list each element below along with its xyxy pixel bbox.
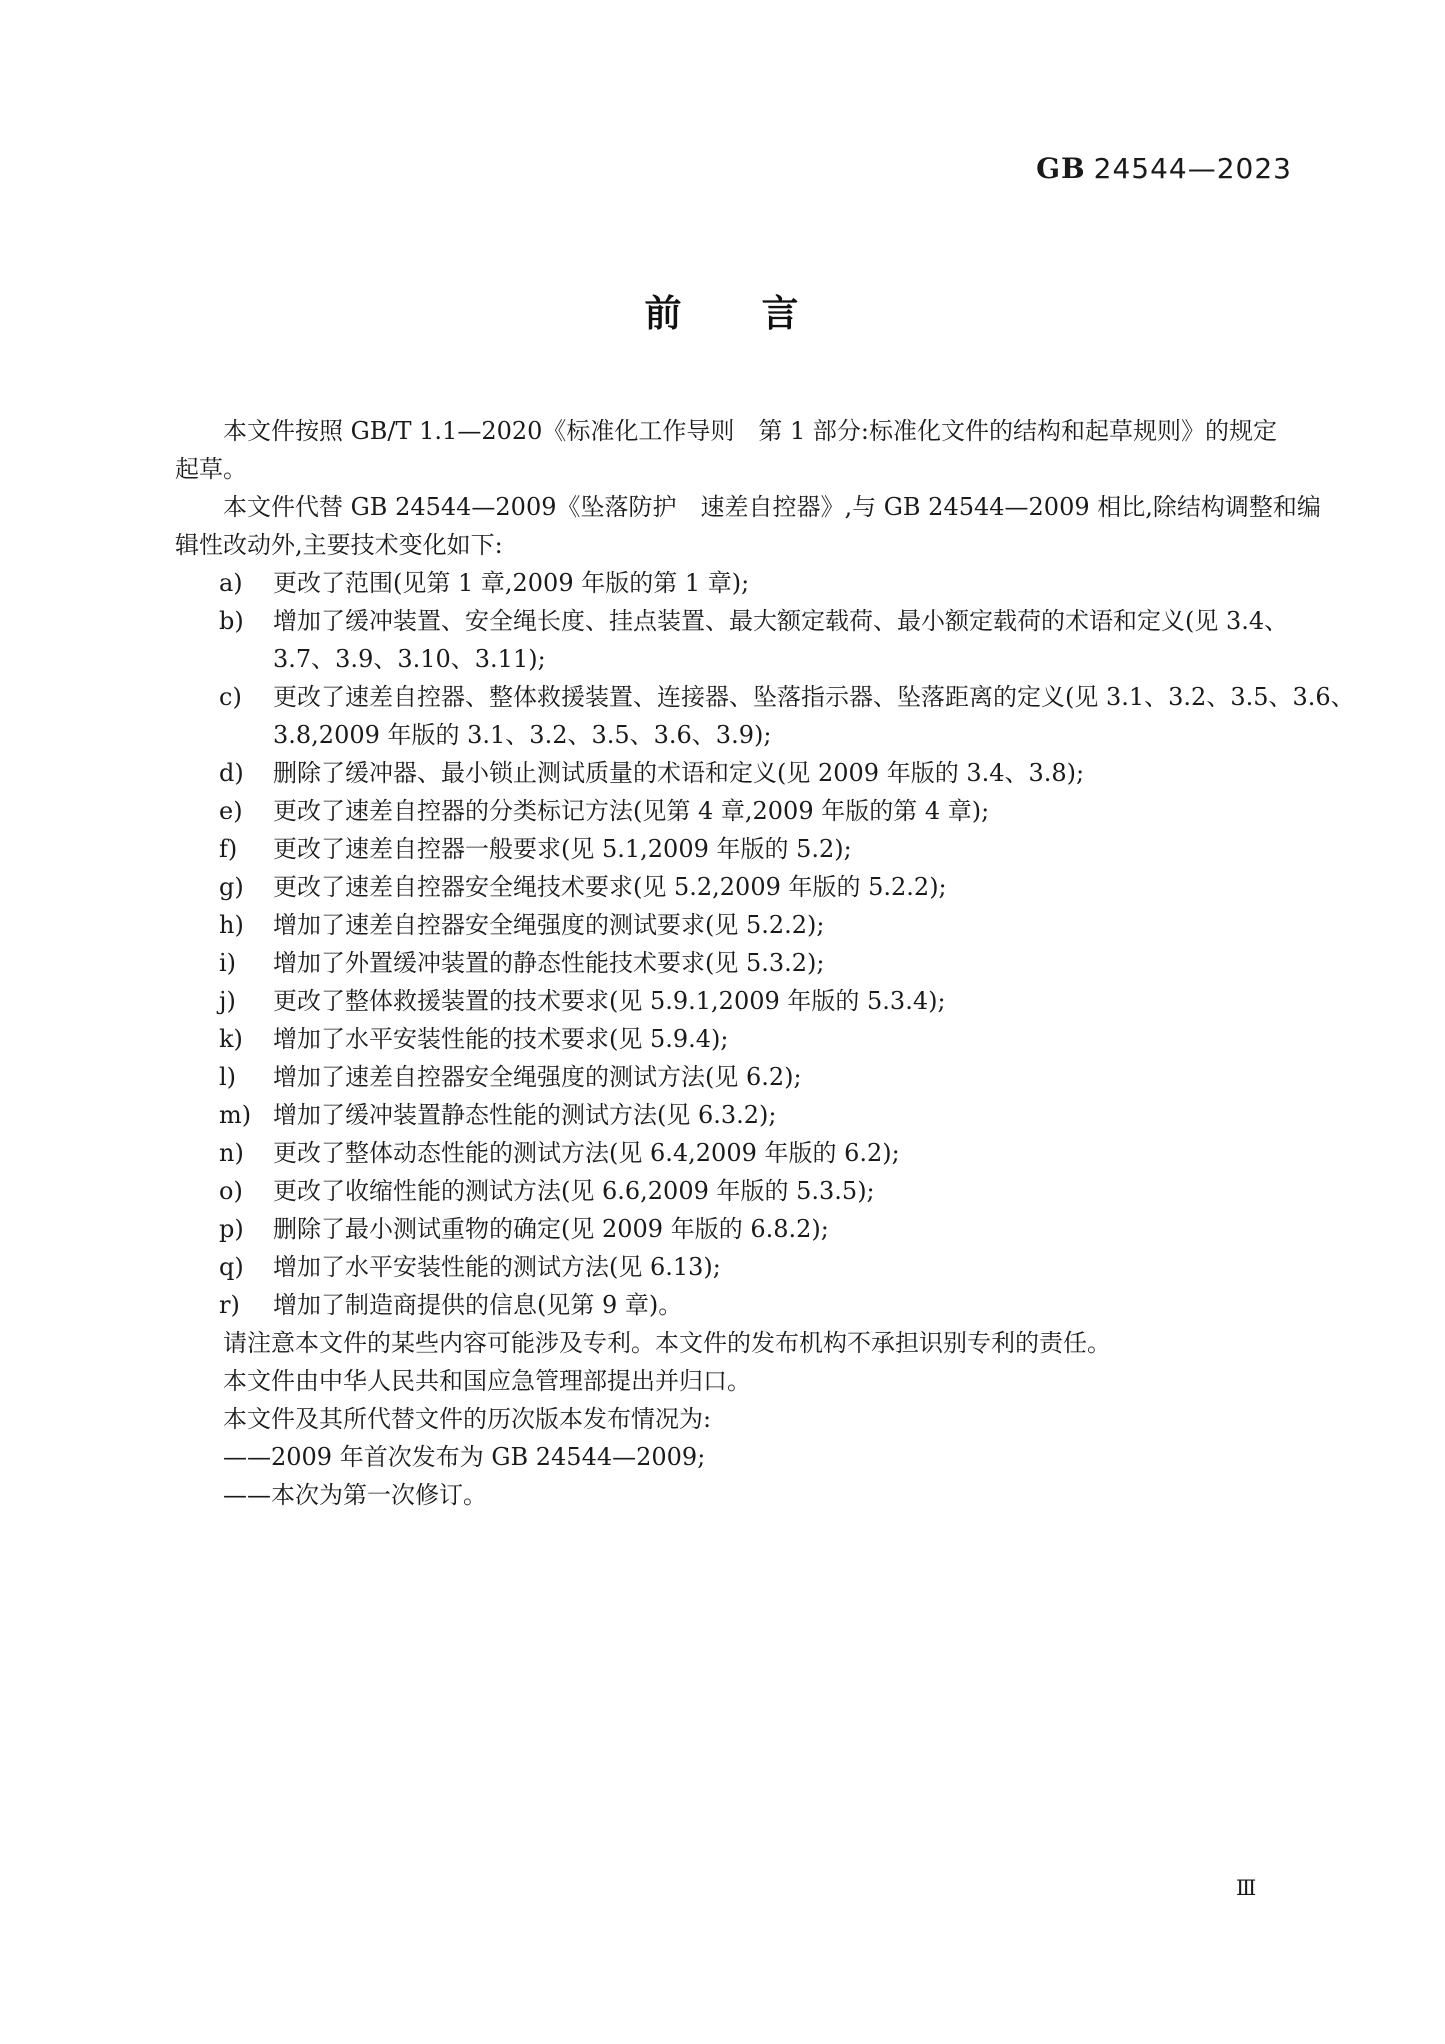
change-list-item-f: f) 更改了速差自控器一般要求(见 5.1,2009 年版的 5.2);	[219, 830, 1315, 868]
list-item-label: g)	[219, 868, 273, 906]
list-item-label: q)	[219, 1248, 273, 1286]
change-list-item-i: i) 增加了外置缓冲装置的静态性能技术要求(见 5.3.2);	[219, 944, 1315, 982]
change-list-item-a: a) 更改了范围(见第 1 章,2009 年版的第 1 章);	[219, 564, 1315, 602]
list-item-text: 更改了整体救援装置的技术要求(见 5.9.1,2009 年版的 5.3.4);	[273, 982, 946, 1020]
list-item-text: 更改了速差自控器的分类标记方法(见第 4 章,2009 年版的第 4 章);	[273, 792, 989, 830]
list-item-label: b)	[219, 602, 273, 640]
change-list-item-q: q) 增加了水平安装性能的测试方法(见 6.13);	[219, 1248, 1315, 1286]
change-list-item-g: g) 更改了速差自控器安全绳技术要求(见 5.2,2009 年版的 5.2.2)…	[219, 868, 1315, 906]
foreword-body: 本文件按照 GB/T 1.1—2020《标准化工作导则 第 1 部分:标准化文件…	[175, 412, 1315, 1514]
list-item-text: 增加了外置缓冲装置的静态性能技术要求(见 5.3.2);	[273, 944, 825, 982]
list-item-label: l)	[219, 1058, 273, 1096]
change-list-item-b: b) 增加了缓冲装置、安全绳长度、挂点装置、最大额定载荷、最小额定载荷的术语和定…	[219, 602, 1315, 678]
list-item-label: n)	[219, 1134, 273, 1172]
list-item-label: h)	[219, 906, 273, 944]
list-item-text: 更改了范围(见第 1 章,2009 年版的第 1 章);	[273, 564, 749, 602]
list-item-text: 3.8,2009 年版的 3.1、3.2、3.5、3.6、3.9);	[273, 716, 1355, 754]
change-list-item-r: r) 增加了制造商提供的信息(见第 9 章)。	[219, 1286, 1315, 1324]
list-item-label: o)	[219, 1172, 273, 1210]
history-item: ——本次为第一次修订。	[175, 1476, 1315, 1514]
paragraph-line: 本文件代替 GB 24544—2009《坠落防护 速差自控器》,与 GB 245…	[175, 488, 1315, 526]
change-list-item-n: n) 更改了整体动态性能的测试方法(见 6.4,2009 年版的 6.2);	[219, 1134, 1315, 1172]
standard-number: 24544—2023	[1094, 152, 1292, 185]
list-item-text: 更改了速差自控器一般要求(见 5.1,2009 年版的 5.2);	[273, 830, 852, 868]
list-item-text: 更改了速差自控器安全绳技术要求(见 5.2,2009 年版的 5.2.2);	[273, 868, 947, 906]
change-list-item-l: l) 增加了速差自控器安全绳强度的测试方法(见 6.2);	[219, 1058, 1315, 1096]
list-item-label: k)	[219, 1020, 273, 1058]
list-item-label: i)	[219, 944, 273, 982]
list-item-text: 增加了制造商提供的信息(见第 9 章)。	[273, 1286, 682, 1324]
list-item-text: 删除了缓冲器、最小锁止测试质量的术语和定义(见 2009 年版的 3.4、3.8…	[273, 754, 1084, 792]
list-item-label: f)	[219, 830, 273, 868]
change-list-item-e: e) 更改了速差自控器的分类标记方法(见第 4 章,2009 年版的第 4 章)…	[219, 792, 1315, 830]
paragraph-line: 辑性改动外,主要技术变化如下:	[175, 526, 1315, 564]
change-list-item-d: d) 删除了缓冲器、最小锁止测试质量的术语和定义(见 2009 年版的 3.4、…	[219, 754, 1315, 792]
version-history-intro: 本文件及其所代替文件的历次版本发布情况为:	[175, 1400, 1315, 1438]
list-item-text: 3.7、3.9、3.10、3.11);	[273, 640, 1288, 678]
list-item-label: d)	[219, 754, 273, 792]
patent-notice: 请注意本文件的某些内容可能涉及专利。本文件的发布机构不承担识别专利的责任。	[175, 1324, 1315, 1362]
issuing-body-statement: 本文件由中华人民共和国应急管理部提出并归口。	[175, 1362, 1315, 1400]
list-item-label: j)	[219, 982, 273, 1020]
list-item-label: a)	[219, 564, 273, 602]
list-item-text: 增加了缓冲装置、安全绳长度、挂点装置、最大额定载荷、最小额定载荷的术语和定义(见…	[273, 602, 1288, 640]
list-item-text: 更改了速差自控器、整体救援装置、连接器、坠落指示器、坠落距离的定义(见 3.1、…	[273, 678, 1355, 716]
list-item-label: e)	[219, 792, 273, 830]
list-item-text: 增加了水平安装性能的技术要求(见 5.9.4);	[273, 1020, 729, 1058]
change-list-item-p: p) 删除了最小测试重物的确定(见 2009 年版的 6.8.2);	[219, 1210, 1315, 1248]
change-list-item-h: h) 增加了速差自控器安全绳强度的测试要求(见 5.2.2);	[219, 906, 1315, 944]
list-item-text: 增加了水平安装性能的测试方法(见 6.13);	[273, 1248, 721, 1286]
change-list-item-j: j) 更改了整体救援装置的技术要求(见 5.9.1,2009 年版的 5.3.4…	[219, 982, 1315, 1020]
change-list-item-m: m) 增加了缓冲装置静态性能的测试方法(见 6.3.2);	[219, 1096, 1315, 1134]
standard-number-header: GB24544—2023	[1036, 150, 1292, 188]
list-item-label: m)	[219, 1096, 273, 1134]
list-item-text: 增加了缓冲装置静态性能的测试方法(见 6.3.2);	[273, 1096, 777, 1134]
change-list-item-o: o) 更改了收缩性能的测试方法(见 6.6,2009 年版的 5.3.5);	[219, 1172, 1315, 1210]
history-item: ——2009 年首次发布为 GB 24544—2009;	[175, 1438, 1315, 1476]
document-page: GB24544—2023 前 言 本文件按照 GB/T 1.1—2020《标准化…	[0, 0, 1445, 2044]
page-number: Ⅲ	[1236, 1874, 1256, 1902]
list-item-text: 更改了整体动态性能的测试方法(见 6.4,2009 年版的 6.2);	[273, 1134, 900, 1172]
list-item-text: 更改了收缩性能的测试方法(见 6.6,2009 年版的 5.3.5);	[273, 1172, 875, 1210]
list-item-text: 删除了最小测试重物的确定(见 2009 年版的 6.8.2);	[273, 1210, 829, 1248]
list-item-text: 增加了速差自控器安全绳强度的测试要求(见 5.2.2);	[273, 906, 825, 944]
list-item-label: p)	[219, 1210, 273, 1248]
change-list-item-k: k) 增加了水平安装性能的技术要求(见 5.9.4);	[219, 1020, 1315, 1058]
list-item-text: 增加了速差自控器安全绳强度的测试方法(见 6.2);	[273, 1058, 802, 1096]
list-item-label: c)	[219, 678, 273, 716]
paragraph-line: 本文件按照 GB/T 1.1—2020《标准化工作导则 第 1 部分:标准化文件…	[175, 412, 1315, 450]
standard-prefix: GB	[1036, 152, 1086, 185]
change-list-item-c: c) 更改了速差自控器、整体救援装置、连接器、坠落指示器、坠落距离的定义(见 3…	[219, 678, 1315, 754]
page-title: 前 言	[0, 293, 1445, 335]
paragraph-line: 起草。	[175, 450, 1315, 488]
list-item-label: r)	[219, 1286, 273, 1324]
